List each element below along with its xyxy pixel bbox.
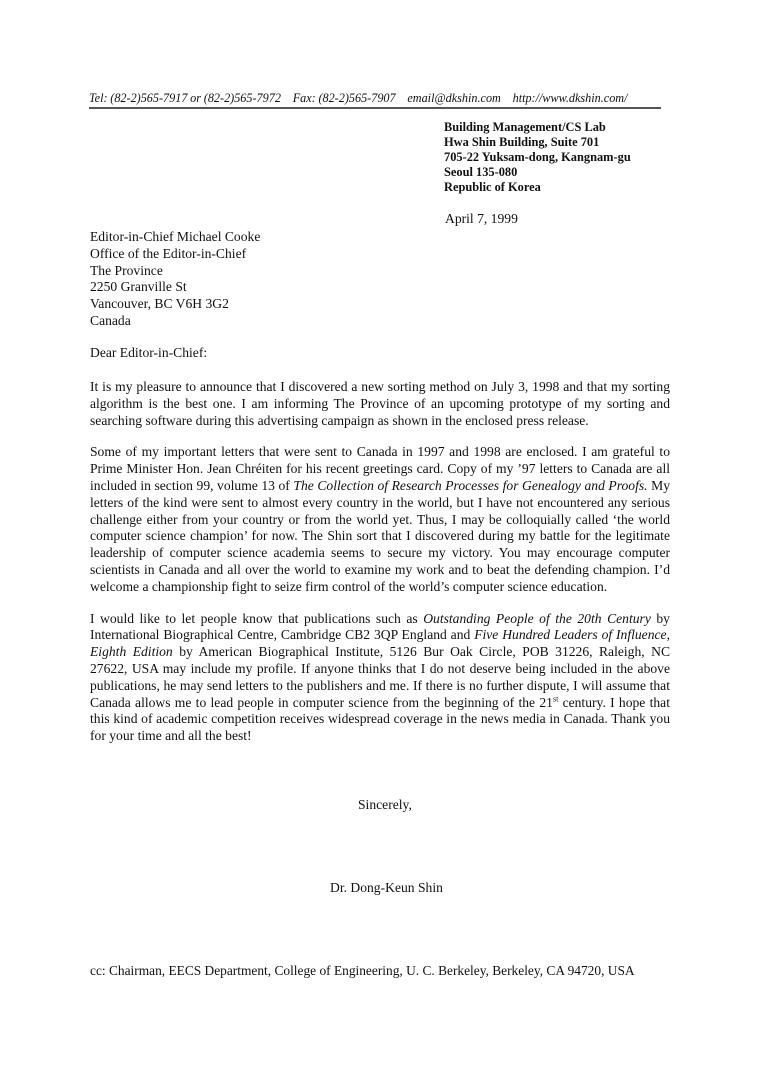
fax-number: Fax: (82-2)565-7907 [293,91,396,105]
recipient-address-line: Canada [90,313,260,330]
recipient-address: Editor-in-Chief Michael Cooke Office of … [90,229,260,330]
sender-address-line: Republic of Korea [444,180,631,195]
publication-edition: Eighth Edition [90,644,173,659]
email-address[interactable]: email@dkshin.com [407,91,500,105]
paragraph-text: , [667,627,670,642]
letterhead-contact-line: Tel: (82-2)565-7917 or (82-2)565-7972 Fa… [89,91,661,109]
signature-name: Dr. Dong-Keun Shin [330,880,443,896]
body-paragraph-2: Some of my important letters that were s… [90,444,670,595]
letter-body: It is my pleasure to announce that I dis… [90,379,670,760]
paragraph-text: My letters of the kind were sent to almo… [90,478,670,594]
sender-address-line: 705-22 Yuksam-dong, Kangnam-gu [444,150,631,165]
publication-title: The Collection of Research Processes for… [293,478,647,493]
body-paragraph-3: I would like to let people know that pub… [90,611,670,745]
letter-date: April 7, 1999 [445,211,518,227]
sender-address: Building Management/CS Lab Hwa Shin Buil… [444,120,631,195]
sender-address-line: Seoul 135-080 [444,165,631,180]
body-paragraph-1: It is my pleasure to announce that I dis… [90,379,670,429]
website-url[interactable]: http://www.dkshin.com/ [513,91,628,105]
publication-title: Outstanding People of the 20th Century [423,611,651,626]
telephone-numbers: Tel: (82-2)565-7917 or (82-2)565-7972 [89,91,281,105]
paragraph-text: I would like to let people know that pub… [90,611,423,626]
sender-address-line: Hwa Shin Building, Suite 701 [444,135,631,150]
recipient-address-line: Editor-in-Chief Michael Cooke [90,229,260,246]
publication-title: Five Hundred Leaders of Influence [474,627,666,642]
closing: Sincerely, [358,797,412,813]
recipient-address-line: Office of the Editor-in-Chief [90,246,260,263]
cc-line: cc: Chairman, EECS Department, College o… [90,963,635,979]
sender-address-line: Building Management/CS Lab [444,120,631,135]
recipient-address-line: Vancouver, BC V6H 3G2 [90,296,260,313]
recipient-address-line: The Province [90,263,260,280]
recipient-address-line: 2250 Granville St [90,279,260,296]
salutation: Dear Editor-in-Chief: [90,345,207,361]
